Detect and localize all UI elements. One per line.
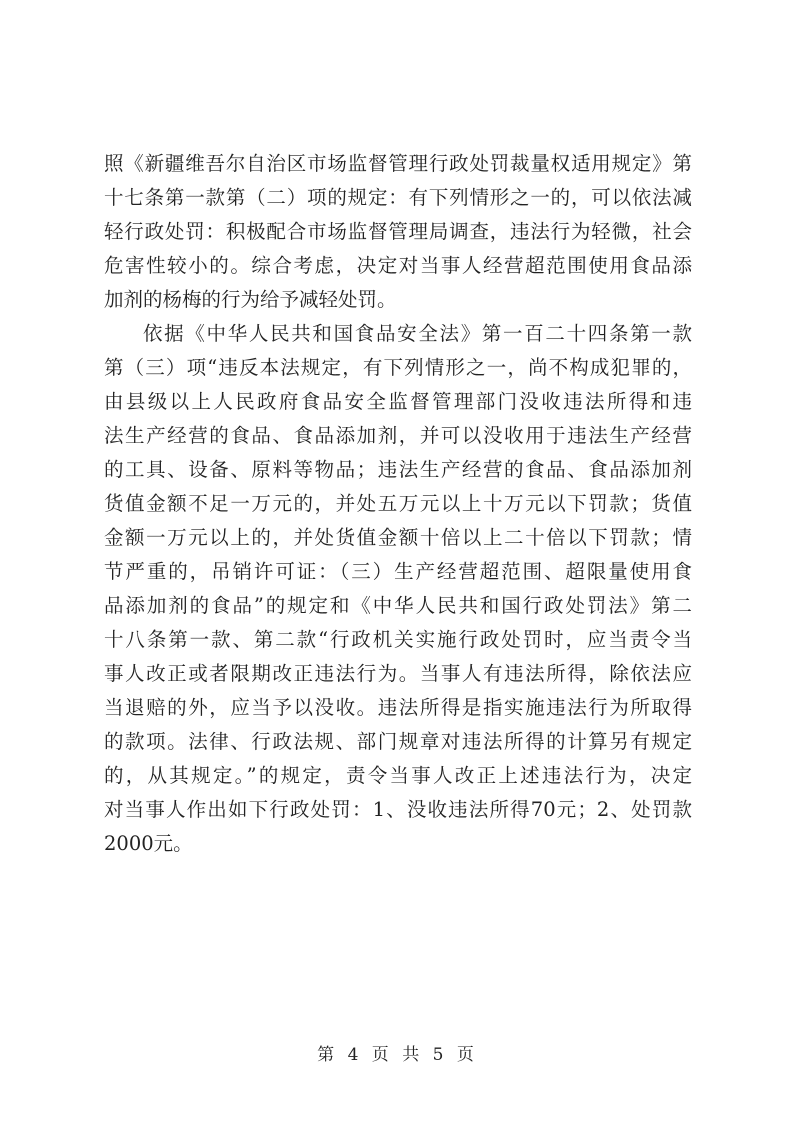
page-number-footer: 第 4 页 共 5 页 xyxy=(0,1040,793,1065)
text-line: 货值金额不足一万元的，并处五万元以上十万元以下罚款；货值 xyxy=(104,487,692,521)
text-line: 2000元。 xyxy=(104,827,692,861)
text-line: 由县级以上人民政府食品安全监督管理部门没收违法所得和违 xyxy=(104,385,692,419)
text-line: 事人改正或者限期改正违法行为。当事人有违法所得，除依法应 xyxy=(104,657,692,691)
text-line: 十八条第一款、第二款“行政机关实施行政处罚时，应当责令当 xyxy=(104,623,692,657)
document-page: 照《新疆维吾尔自治区市场监督管理行政处罚裁量权适用规定》第 十七条第一款第（二）… xyxy=(0,0,793,1122)
paragraph-reduced-penalty: 照《新疆维吾尔自治区市场监督管理行政处罚裁量权适用规定》第 十七条第一款第（二）… xyxy=(104,147,692,317)
text-line: 十七条第一款第（二）项的规定：有下列情形之一的，可以依法减 xyxy=(104,181,692,215)
text-line: 节严重的，吊销许可证：（三）生产经营超范围、超限量使用食 xyxy=(104,555,692,589)
text-line: 法生产经营的食品、食品添加剂，并可以没收用于违法生产经营 xyxy=(104,419,692,453)
paragraph-legal-basis: 依据《中华人民共和国食品安全法》第一百二十四条第一款 第（三）项“违反本法规定，… xyxy=(104,317,692,861)
text-line: 加剂的杨梅的行为给予减轻处罚。 xyxy=(104,283,692,317)
text-line: 品添加剂的食品”的规定和《中华人民共和国行政处罚法》第二 xyxy=(104,589,692,623)
text-line: 的工具、设备、原料等物品；违法生产经营的食品、食品添加剂 xyxy=(104,453,692,487)
text-line: 照《新疆维吾尔自治区市场监督管理行政处罚裁量权适用规定》第 xyxy=(104,147,692,181)
document-body: 照《新疆维吾尔自治区市场监督管理行政处罚裁量权适用规定》第 十七条第一款第（二）… xyxy=(104,147,692,861)
text-line: 危害性较小的。综合考虑，决定对当事人经营超范围使用食品添 xyxy=(104,249,692,283)
text-line: 当退赔的外，应当予以没收。违法所得是指实施违法行为所取得 xyxy=(104,691,692,725)
text-line: 轻行政处罚：积极配合市场监督管理局调查，违法行为轻微，社会 xyxy=(104,215,692,249)
text-line: 对当事人作出如下行政处罚：1、没收违法所得70元；2、处罚款 xyxy=(104,793,692,827)
text-line: 的款项。法律、行政法规、部门规章对违法所得的计算另有规定 xyxy=(104,725,692,759)
text-line: 的，从其规定。”的规定，责令当事人改正上述违法行为，决定 xyxy=(104,759,692,793)
text-line: 第（三）项“违反本法规定，有下列情形之一，尚不构成犯罪的， xyxy=(104,351,692,385)
text-line: 金额一万元以上的，并处货值金额十倍以上二十倍以下罚款；情 xyxy=(104,521,692,555)
text-line: 依据《中华人民共和国食品安全法》第一百二十四条第一款 xyxy=(104,317,692,351)
